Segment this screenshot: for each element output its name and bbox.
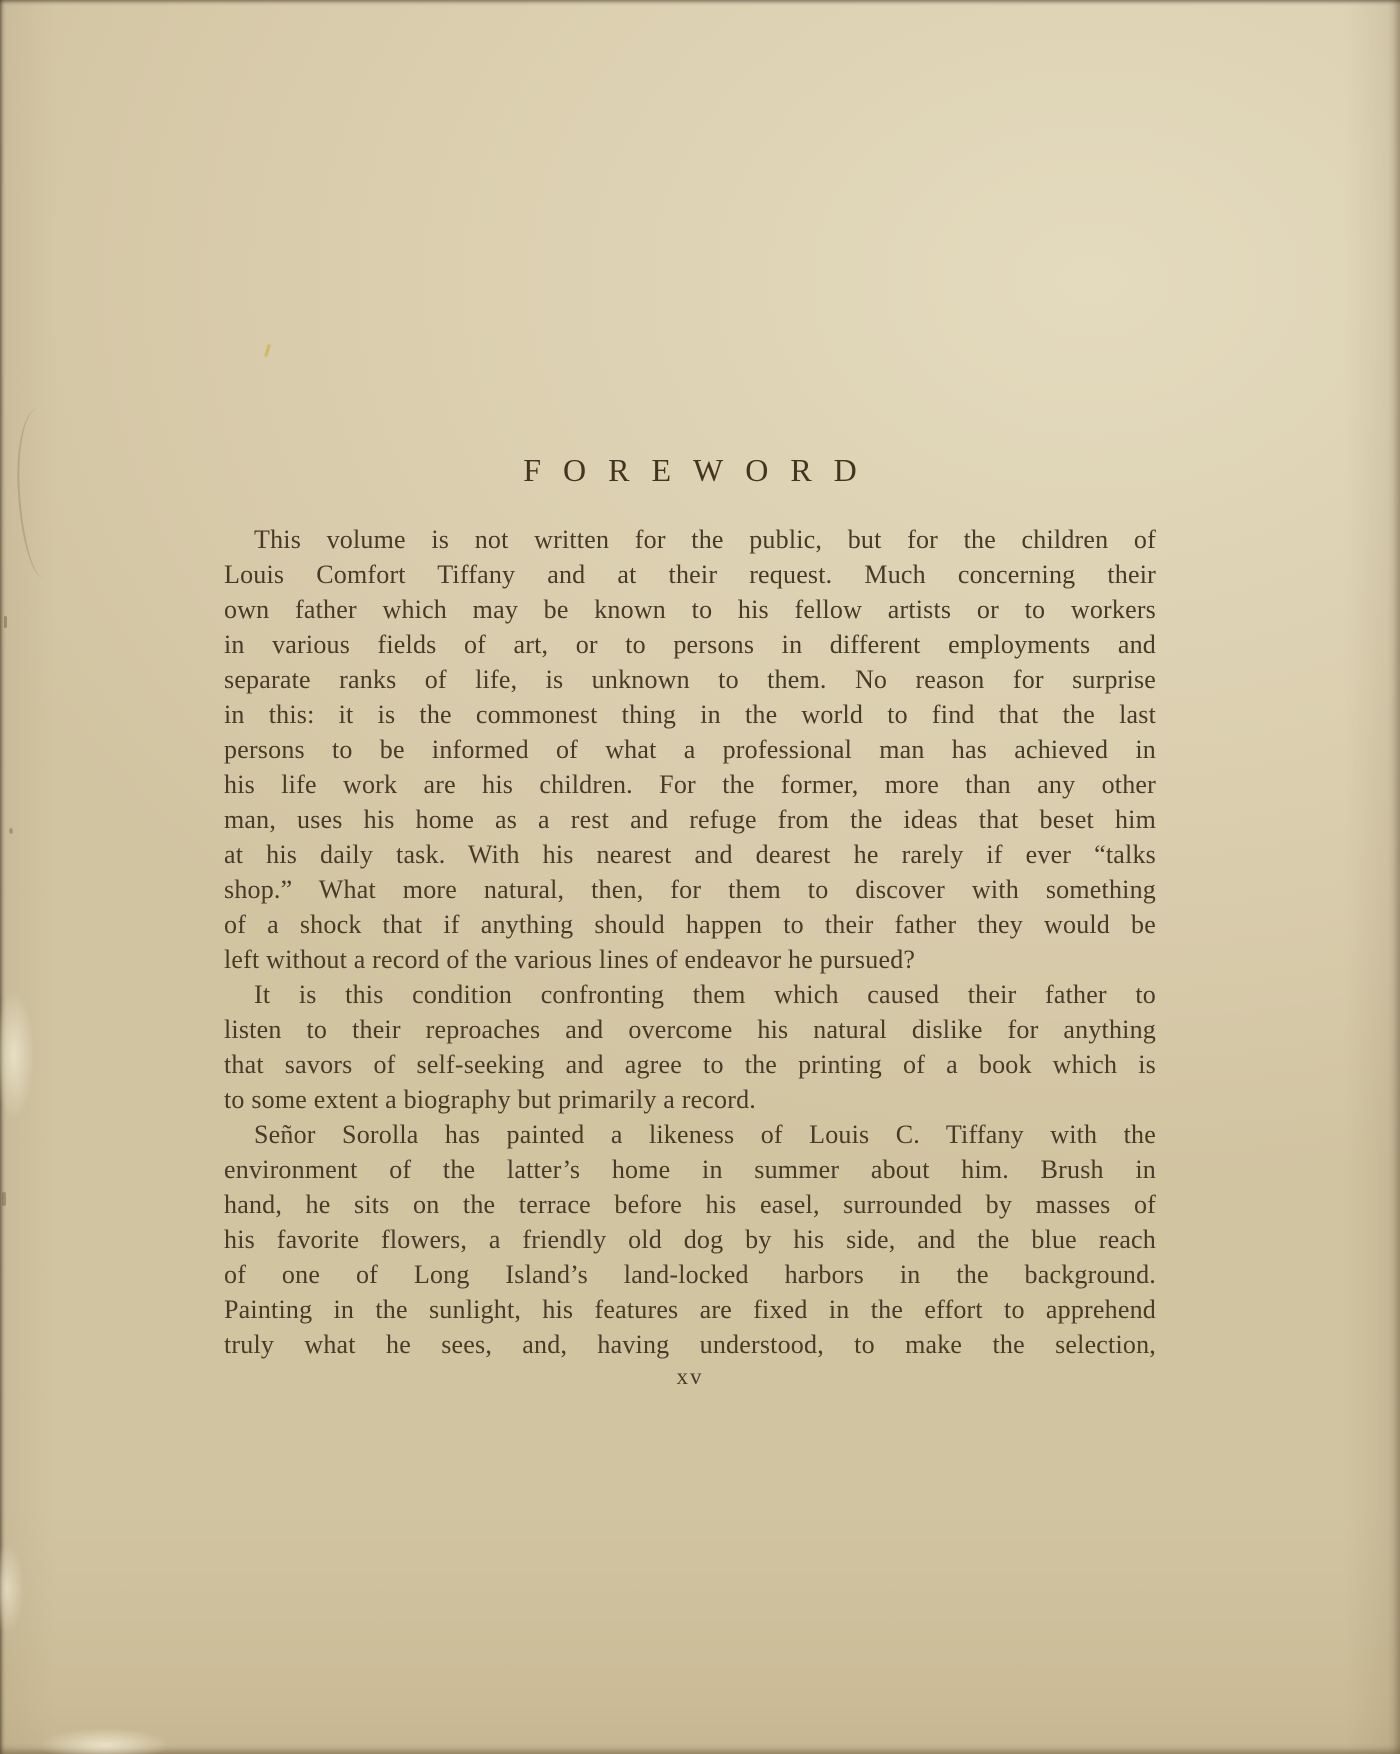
worn-edge-patch: [0, 990, 34, 1120]
text-line: It is this condition confronting them wh…: [224, 977, 1156, 1012]
chapter-title: FOREWORD: [224, 452, 1156, 488]
text-block: This volume is not written for the publi…: [224, 522, 1156, 1362]
text-line: Painting in the sunlight, his features a…: [224, 1292, 1156, 1327]
text-line: man, uses his home as a rest and refuge …: [224, 802, 1156, 837]
paragraph: It is this condition confronting them wh…: [224, 977, 1156, 1117]
paragraph: Señor Sorolla has painted a likeness of …: [224, 1117, 1156, 1362]
edge-speck-mark: [9, 828, 13, 834]
page-crease-mark: [12, 407, 68, 580]
text-line: left without a record of the various lin…: [224, 942, 1156, 977]
text-line: his favorite flowers, a friendly old dog…: [224, 1222, 1156, 1257]
text-line: in various fields of art, or to persons …: [224, 627, 1156, 662]
text-line: his life work are his children. For the …: [224, 767, 1156, 802]
text-line: in this: it is the commonest thing in th…: [224, 697, 1156, 732]
page-edge-left: [0, 0, 6, 1754]
text-line: of one of Long Island’s land-locked harb…: [224, 1257, 1156, 1292]
edge-speck-mark: [4, 616, 7, 628]
yellow-fiber-mark: [264, 344, 271, 357]
worn-edge-patch: [40, 1728, 170, 1754]
text-line: environment of the latter’s home in summ…: [224, 1152, 1156, 1187]
text-line: hand, he sits on the terrace before his …: [224, 1187, 1156, 1222]
page-edge-bottom: [0, 1744, 1400, 1754]
page-edge-right: [1388, 0, 1400, 1754]
page-edge-top: [0, 0, 1400, 6]
book-page: FOREWORD This volume is not written for …: [0, 0, 1400, 1754]
paragraph: This volume is not written for the publi…: [224, 522, 1156, 977]
worn-edge-patch: [0, 1544, 24, 1634]
page-number: xv: [224, 1364, 1156, 1390]
text-line: listen to their reproaches and overcome …: [224, 1012, 1156, 1047]
text-line: Señor Sorolla has painted a likeness of …: [224, 1117, 1156, 1152]
text-line: This volume is not written for the publi…: [224, 522, 1156, 557]
text-line: separate ranks of life, is unknown to th…: [224, 662, 1156, 697]
text-line: own father which may be known to his fel…: [224, 592, 1156, 627]
text-line: to some extent a biography but primarily…: [224, 1082, 1156, 1117]
text-line: that savors of self-seeking and agree to…: [224, 1047, 1156, 1082]
text-line: at his daily task. With his nearest and …: [224, 837, 1156, 872]
text-line: persons to be informed of what a profess…: [224, 732, 1156, 767]
text-line: truly what he sees, and, having understo…: [224, 1327, 1156, 1362]
text-line: of a shock that if anything should happe…: [224, 907, 1156, 942]
edge-speck-mark: [2, 1192, 6, 1206]
text-line: Louis Comfort Tiffany and at their reque…: [224, 557, 1156, 592]
text-line: shop.” What more natural, then, for them…: [224, 872, 1156, 907]
